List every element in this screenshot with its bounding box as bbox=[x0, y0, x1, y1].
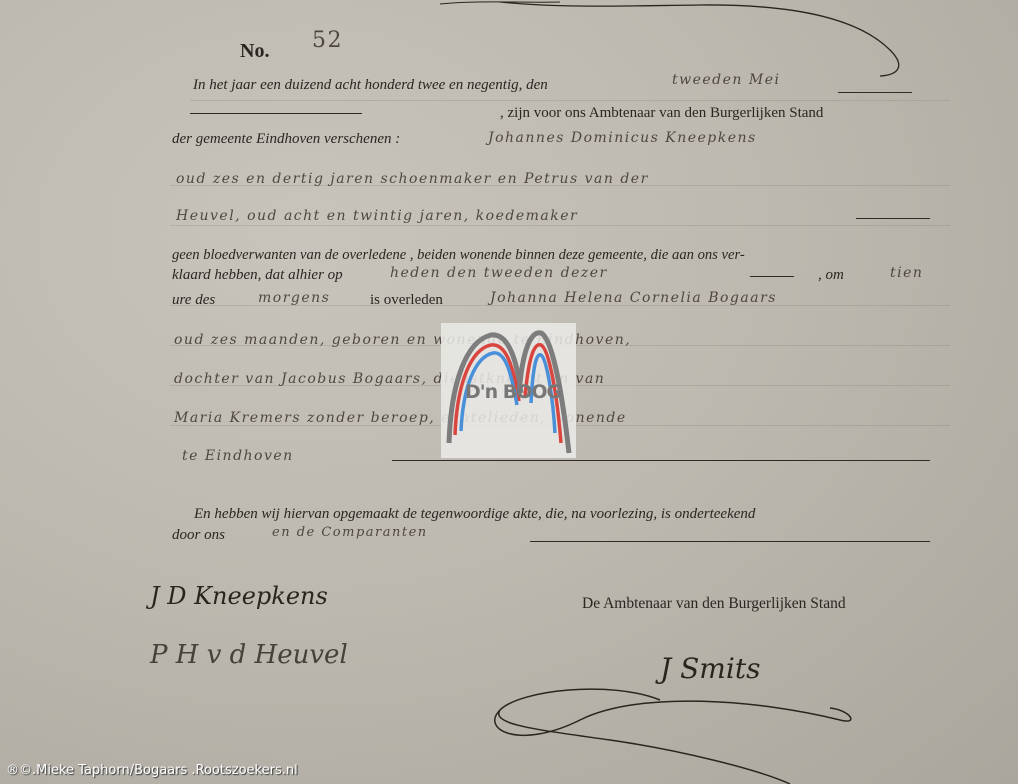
signature-declarant-1: J D Kneepkens bbox=[150, 582, 328, 610]
printed-line-1: In het jaar een duizend acht honderd twe… bbox=[193, 77, 548, 94]
printed-is-overleden: is overleden bbox=[370, 292, 443, 309]
handwritten-death-date: heden den tweeden dezer bbox=[390, 265, 608, 281]
official-signature-flourish bbox=[460, 640, 860, 784]
copyright-notice: ®©.Mieke Taphorn/Bogaars .Rootszoekers.n… bbox=[6, 763, 298, 778]
certificate-number-label: No. bbox=[240, 40, 269, 63]
printed-om: , om bbox=[818, 267, 844, 284]
handwritten-line-5: Heuvel, oud acht en twintig jaren, koede… bbox=[176, 208, 578, 224]
printed-line-3: der gemeente Eindhoven verschenen : bbox=[172, 131, 400, 148]
printed-line-8: ure des bbox=[172, 292, 215, 309]
printed-line-7: klaard hebben, dat alhier op bbox=[172, 267, 343, 284]
printed-line-6: geen bloedverwanten van de overledene , … bbox=[172, 247, 745, 264]
closing-line-1: En hebben wij hiervan opgemaakt de tegen… bbox=[194, 506, 755, 523]
handwritten-line-12: te Eindhoven bbox=[182, 448, 294, 464]
certificate-number: 52 bbox=[312, 28, 343, 53]
handwritten-hour: tien bbox=[890, 265, 923, 281]
handwritten-date: tweeden Mei bbox=[672, 72, 781, 88]
handwritten-declarant-1: Johannes Dominicus Kneepkens bbox=[488, 130, 757, 146]
handwritten-time-of-day: morgens bbox=[258, 290, 330, 306]
closing-line-2-printed: door ons bbox=[172, 527, 225, 544]
official-title: De Ambtenaar van den Burgerlijken Stand bbox=[582, 595, 846, 613]
handwritten-deceased-name: Johanna Helena Cornelia Bogaars bbox=[490, 290, 777, 306]
handwritten-line-4: oud zes en dertig jaren schoenmaker en P… bbox=[176, 171, 649, 187]
closing-line-2-handwritten: en de Comparanten bbox=[272, 525, 428, 540]
printed-line-2: , zijn voor ons Ambtenaar van den Burger… bbox=[500, 105, 823, 122]
watermark-text: D'n BOOG bbox=[465, 381, 561, 403]
signature-declarant-2: P H v d Heuvel bbox=[150, 640, 348, 670]
dnboog-watermark: D'n BOOG bbox=[441, 323, 576, 458]
